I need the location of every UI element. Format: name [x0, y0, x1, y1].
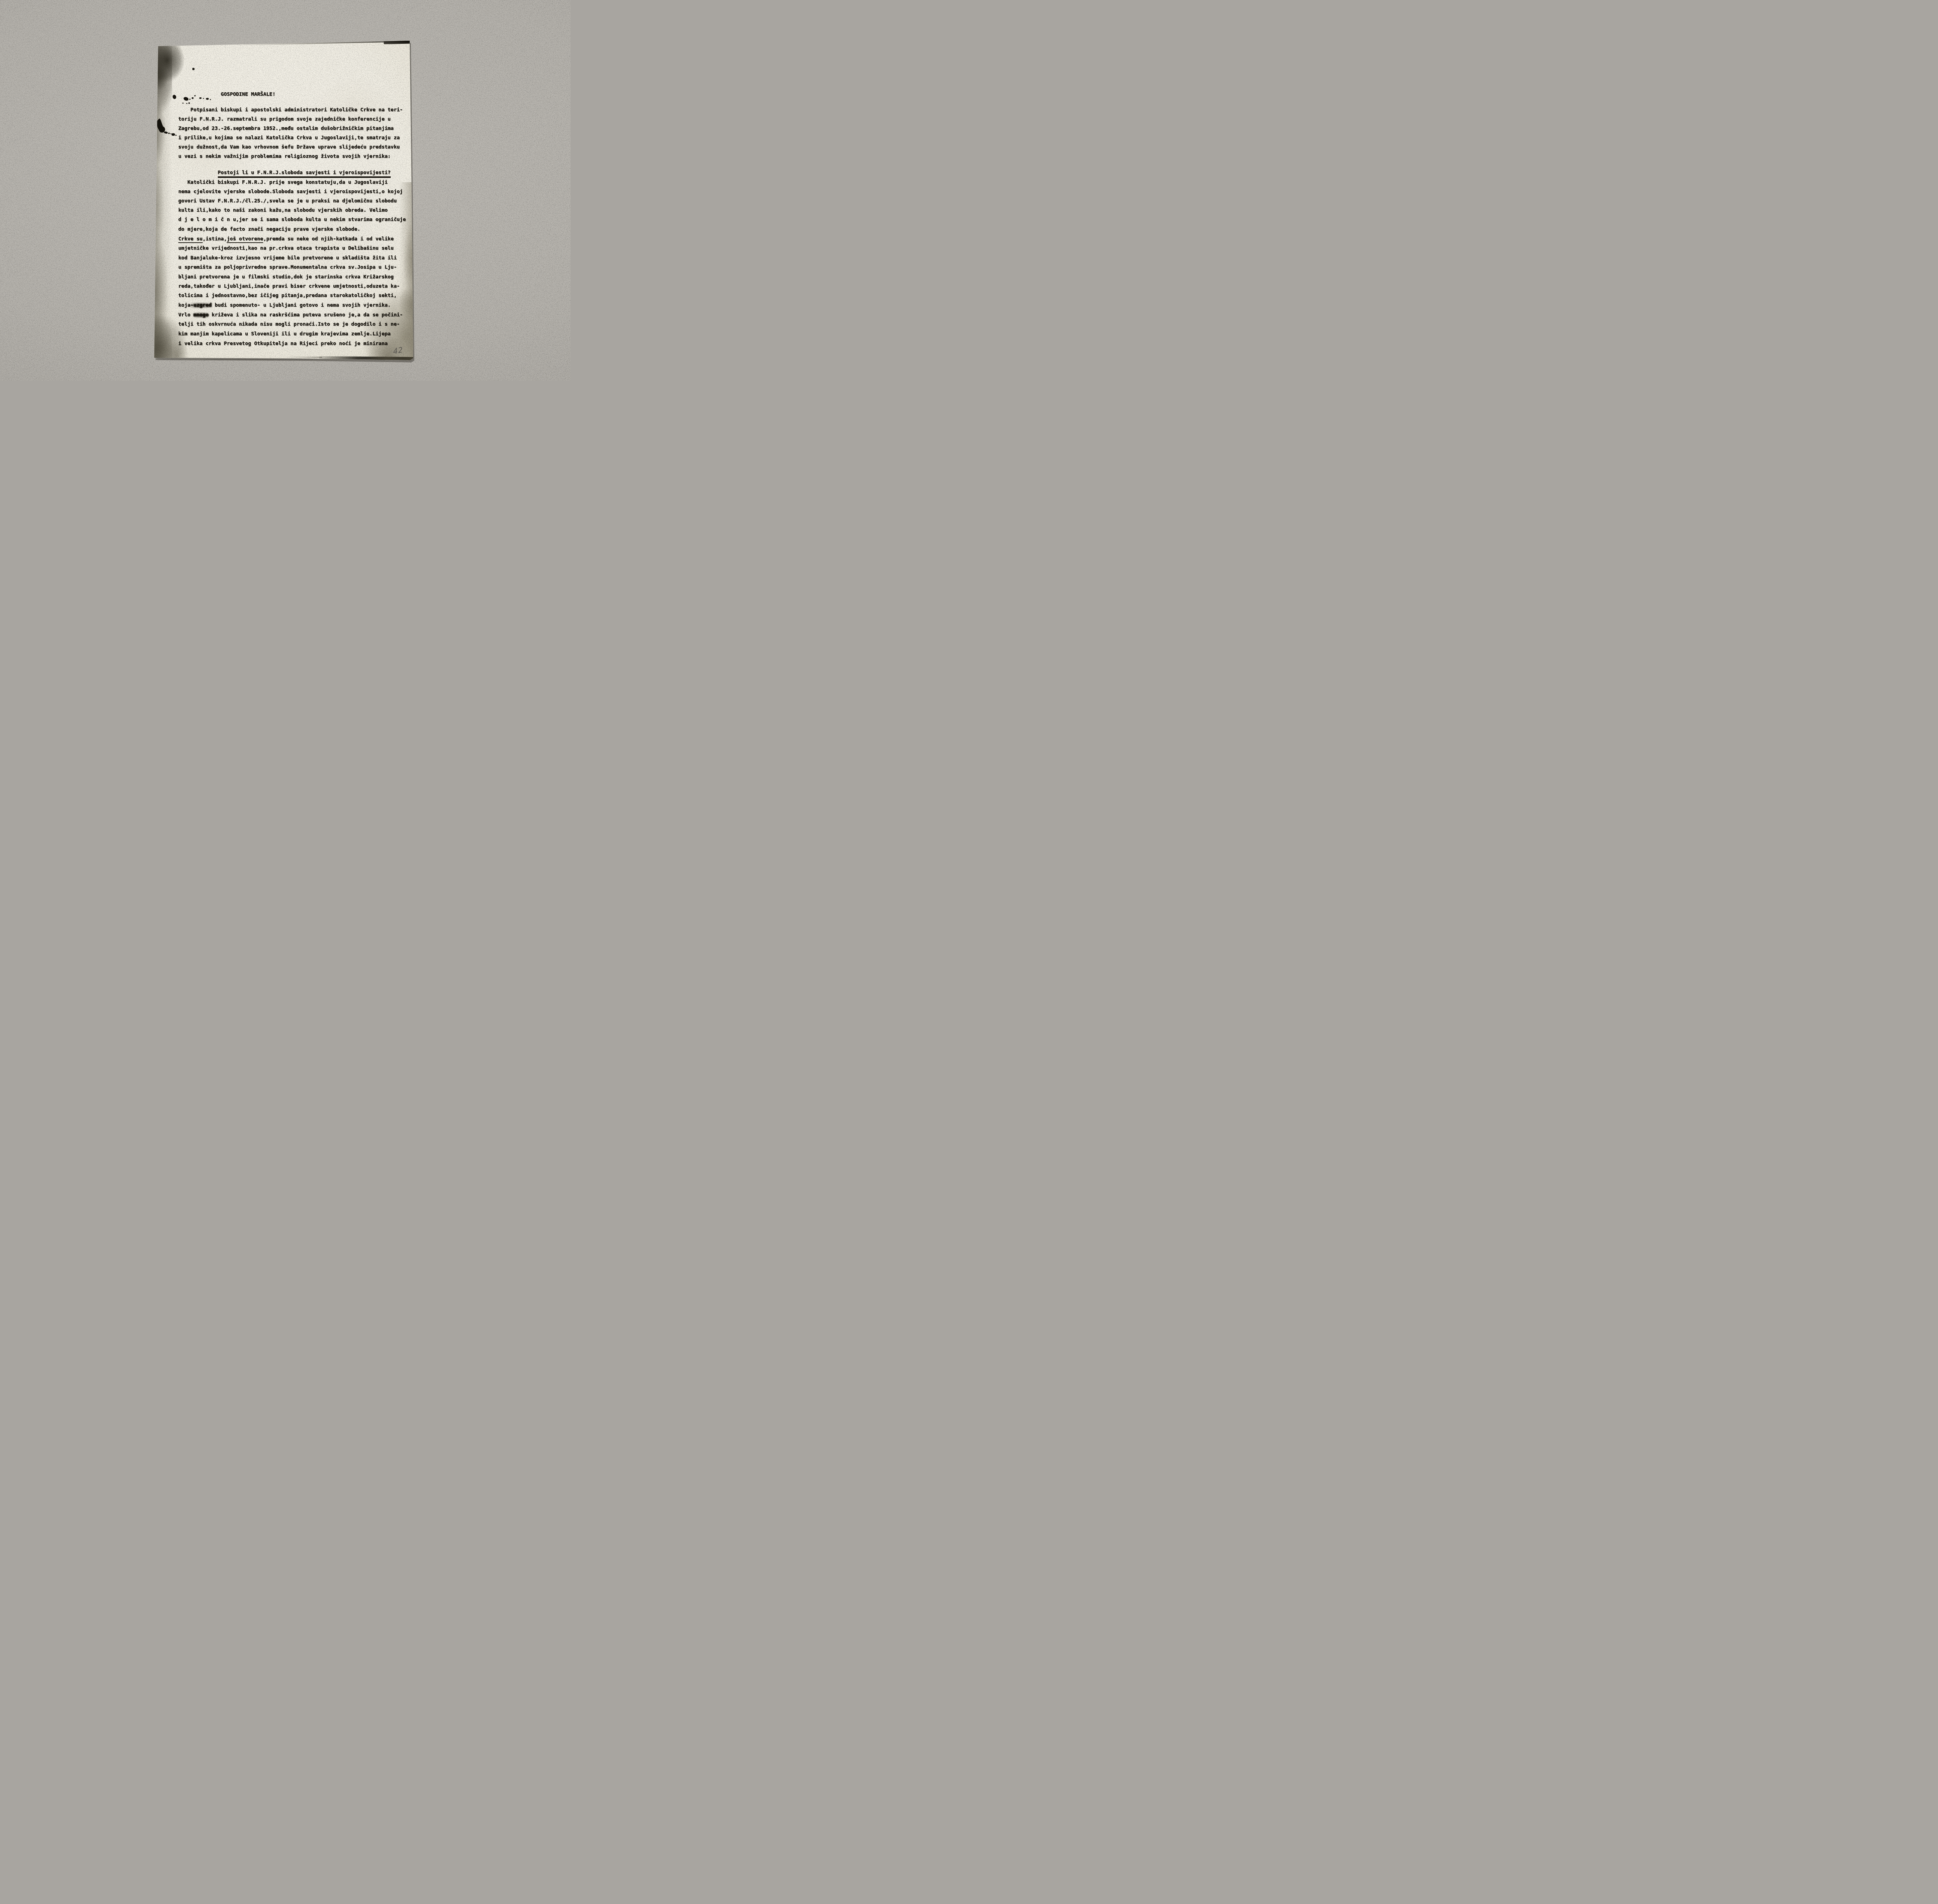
photo-scene: GOSPODINE MARŠALE! Potpisani biskupi i a… — [0, 0, 571, 381]
document-line: reda,također u Ljubljani,inače pravi bis… — [178, 283, 400, 290]
document-line: govori Ustav F.N.R.J./čl.25./,svela se j… — [178, 198, 397, 205]
document-line: GOSPODINE MARŠALE! — [178, 91, 275, 98]
document-line: telji tih oskvrnuća nikada nisu mogli pr… — [178, 321, 400, 328]
document-line: d j e l o m i č n u,jer se i sama slobod… — [178, 216, 406, 223]
document-line: u vezi s nekim važnijim problemima relig… — [178, 153, 391, 160]
document-line: i velika crkva Presvetog Otkupitelja na … — [178, 340, 388, 347]
typewritten-text: GOSPODINE MARŠALE! Potpisani biskupi i a… — [178, 39, 415, 363]
document-line: koja-uzgred budi spomenuto- u Ljubljani … — [178, 302, 391, 309]
document-line: u spremišta za poljoprivredne sprave.Mon… — [178, 264, 397, 271]
document-line: i prilike,u kojima se nalazi Katolička C… — [178, 135, 400, 141]
document-line: Postoji li u F.N.R.J.sloboda savjesti i … — [178, 169, 391, 176]
document-line: Katolički biskupi F.N.R.J. prije svega k… — [178, 179, 388, 186]
document-line: nema cjelovite vjerske slobode.Sloboda s… — [178, 188, 403, 195]
document-line: bljani pretvorena je u filmski studio,do… — [178, 274, 394, 281]
document-line: Crkve su,istina,još otvorene,premda su n… — [178, 236, 394, 243]
document-line: Zagrebu,od 23.-26.septembra 1952.,među o… — [178, 125, 394, 132]
document-line: toriju F.N.R.J. razmatrali su prigodom s… — [178, 116, 391, 123]
document-line: do mjere,koja de facto znači negaciju pr… — [178, 226, 360, 233]
document-line: svoju dužnost,da Vam kao vrhovnom šefu D… — [178, 144, 400, 151]
document-line: Potpisani biskupi i apostolski administr… — [178, 107, 403, 114]
document-line: kulta ili,kako to naši zakoni kažu,na sl… — [178, 207, 388, 214]
document-line: kim manjim kapelicama u Sloveniji ili u … — [178, 331, 391, 338]
document-paper: GOSPODINE MARŠALE! Potpisani biskupi i a… — [153, 39, 417, 363]
document-line: kod Banjaluke-kroz izvjesno vrijeme bile… — [178, 255, 397, 262]
document-line: umjetničke vrijednosti,kao na pr.crkva o… — [178, 245, 394, 252]
document-line: Vrlo mnogo križeva i slika na raskršćima… — [178, 312, 403, 319]
document-line: tolicima i jednostavno,bez ičijeg pitanj… — [178, 292, 397, 299]
